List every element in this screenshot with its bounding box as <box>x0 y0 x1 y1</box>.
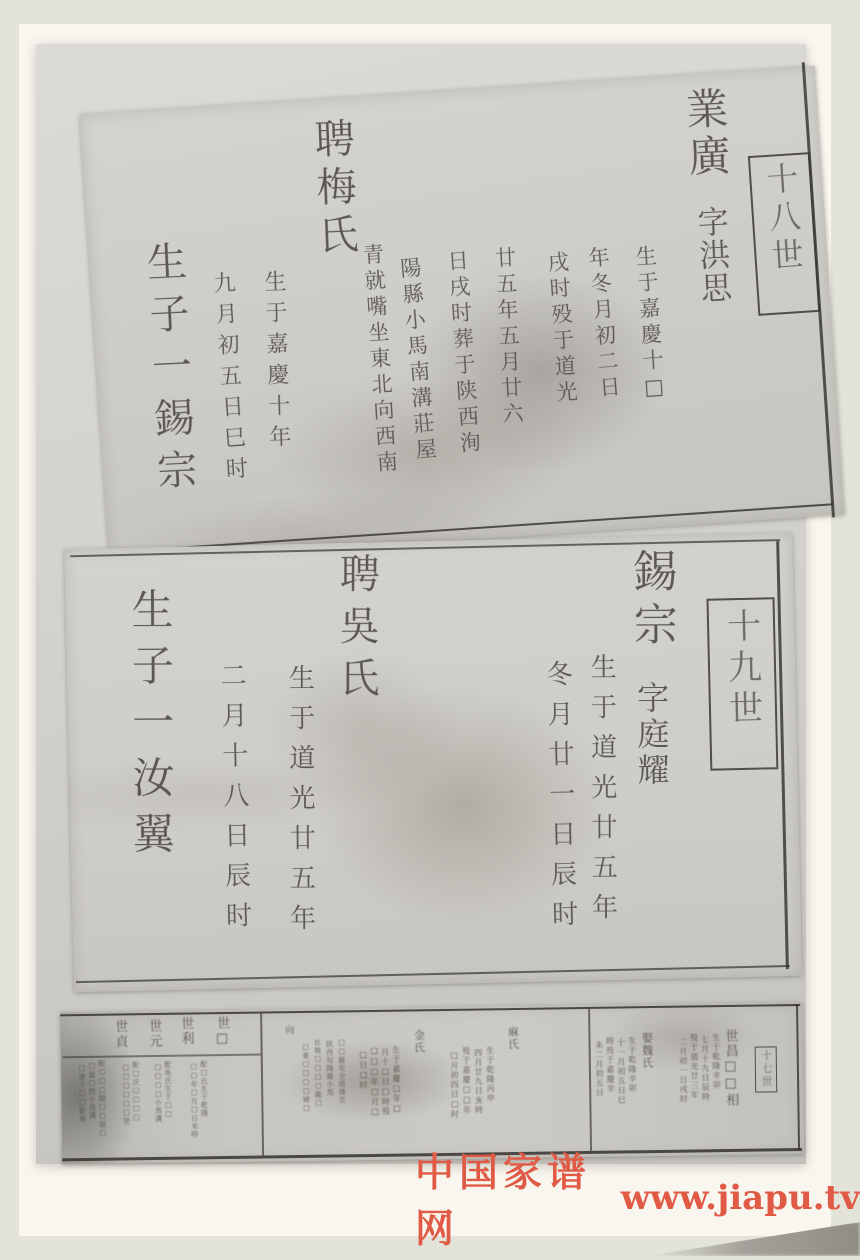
head-courtesy-name: 字庭耀 <box>632 681 671 789</box>
detail-column: 四月廿九日亥時 <box>473 1048 485 1115</box>
strip-divider <box>588 1009 591 1151</box>
strip-right-rule <box>796 1004 800 1150</box>
head-name-column: 錫宗 字庭耀 <box>618 548 683 789</box>
son-name-column: 世貞 <box>110 1019 129 1049</box>
sons-column: 生子一錫宗 <box>134 240 204 502</box>
burial-column: □東□□□□婦□ <box>301 1043 312 1113</box>
page-gen18: 十八世 業廣 字洪思 生于嘉慶十□ 年冬月初二日 戌时殁于道光 廿五年五月廿六 … <box>80 66 845 564</box>
detail-column: 二月十八日辰时 <box>213 661 256 942</box>
detail-column: 年冬月初二日 <box>582 245 625 403</box>
genealogy-photo: 十八世 業廣 字洪思 生于嘉慶十□ 年冬月初二日 戌时殁于道光 廿五年五月廿六 … <box>36 44 806 1164</box>
generation-box-19: 十九世 <box>706 597 778 770</box>
son-detail-column: 配□□□間□□原□ <box>97 1060 108 1138</box>
generation-box-18: 十八世 <box>748 152 820 316</box>
son-detail-column: □道□西小馬溝 <box>87 1062 98 1120</box>
table-bottom-rule <box>76 965 790 983</box>
son-detail-column: 配□氏□□□□ <box>131 1061 142 1122</box>
detail-column: 冬月廿一日辰时 <box>539 660 582 941</box>
son-detail-column: □□年□月□日未時 <box>189 1062 200 1138</box>
strip-divider <box>260 1014 263 1156</box>
burial-column: 社坡□□□□龍□ <box>312 1039 323 1108</box>
spouse-name-column: 聘吳氏 <box>328 553 386 709</box>
head-name-column: 業廣 字洪思 <box>673 86 744 307</box>
son-detail-column: □□□□小馬溝 <box>153 1063 164 1123</box>
son-name-column: 世利 <box>176 1016 195 1046</box>
detail-column: 殁于道光廿三年 <box>688 1033 700 1100</box>
son-detail-column: 配吳氏生于□□ <box>163 1061 174 1119</box>
burial-mark: 向 <box>282 1025 295 1034</box>
detail-column: 未二月初五日 <box>594 1041 606 1098</box>
photo-frame: 十八世 業廣 字洪思 生于嘉慶十□ 年冬月初二日 戌时殁于道光 廿五年五月廿六 … <box>0 0 860 1260</box>
detail-column: 日戌时葬于陕西洵 <box>441 249 485 459</box>
generation-label: 十八世 <box>756 155 810 278</box>
head-name: 業廣 <box>679 86 733 182</box>
spouse-name-column: 聘梅氏 <box>302 117 365 263</box>
burial-column: □□縣安全塔僕茔 <box>336 1038 347 1104</box>
detail-column: 時殁于嘉慶辛 <box>604 1037 616 1094</box>
detail-column: 二月初一日戌时 <box>677 1038 689 1105</box>
strip-inner-rule <box>63 1054 261 1058</box>
detail-column: 生于乾隆辛卯 <box>626 1036 638 1093</box>
spouse-name-column: 麻氏 <box>504 1026 520 1051</box>
detail-column: 十一月初五日巳 <box>615 1038 627 1105</box>
watermark-site-url: www.jiapu.tv <box>621 1178 860 1218</box>
spouse-name-column: 娶魏氏 <box>638 1032 655 1070</box>
son-detail-column: □唐下□□新南 <box>77 1064 88 1123</box>
generation-label: 十七世 <box>758 1047 775 1088</box>
watermark-site-name: 中国家谱网 <box>415 1142 605 1254</box>
page-gen17-strip: 十七世 世昌□□相 生于乾隆辛卯 七月十九日辰時 殁于道光廿三年 二月初一日戌时… <box>60 1002 804 1164</box>
head-courtesy-name: 字洪思 <box>691 205 732 306</box>
son-detail-column: 配□氏生于乾隆 <box>199 1060 210 1117</box>
detail-column: 生于道光廿五年 <box>281 664 319 944</box>
detail-column: 生于嘉慶十□ <box>630 244 670 405</box>
sons-column: 生子一汝翼 <box>120 587 181 867</box>
spouse-name-column: 金氏 <box>410 1029 426 1054</box>
detail-column: 九月初五日巳时 <box>206 270 251 489</box>
detail-column: 生于乾隆丙申 <box>485 1046 497 1103</box>
son-detail-column: □□□□□□塋 <box>121 1063 132 1125</box>
watermark: 中国家谱网 www.jiapu.tv <box>415 1170 860 1226</box>
page-gen19: 十九世 錫宗 字庭耀 生于道光廿五年 冬月廿一日辰时 聘吳氏 生于道光廿五年 二… <box>64 533 802 992</box>
generation-box-17: 十七世 <box>755 1046 778 1092</box>
son-name-column: 世□ <box>212 1016 231 1048</box>
detail-column: □月初四日□时 <box>449 1051 461 1120</box>
head-name-column: 世昌□□相 <box>720 1029 740 1108</box>
detail-column: 殁于嘉慶□□年 <box>461 1047 473 1116</box>
son-name-column: 世元 <box>144 1019 163 1049</box>
detail-column: 月十□日□時殁 <box>380 1048 392 1117</box>
detail-column: □日□时 <box>358 1050 370 1090</box>
detail-column: 生于道光廿五年 <box>583 653 621 933</box>
page: { "watermark": { "site_name": "中国家谱网", "… <box>0 0 860 1260</box>
detail-column: 七月十九日辰時 <box>699 1035 711 1102</box>
strip-top-rule <box>60 1004 800 1016</box>
head-name: 錫宗 <box>625 548 677 654</box>
detail-column: 生于嘉慶□年□ <box>391 1046 403 1115</box>
detail-column: □□□年□月□ <box>369 1046 381 1118</box>
detail-column: 生于乾隆辛卯 <box>710 1033 722 1090</box>
detail-column: 戌时殁于道光 <box>542 250 582 408</box>
burial-column: 陕西旬陽縣小馬 <box>324 1041 335 1097</box>
detail-column: 廿五年五月廿六 <box>489 246 528 429</box>
detail-column: 陽縣小馬南溝莊屋 <box>394 256 441 466</box>
generation-label: 十九世 <box>716 599 768 731</box>
detail-column: 生于嘉慶十年 <box>258 269 295 456</box>
